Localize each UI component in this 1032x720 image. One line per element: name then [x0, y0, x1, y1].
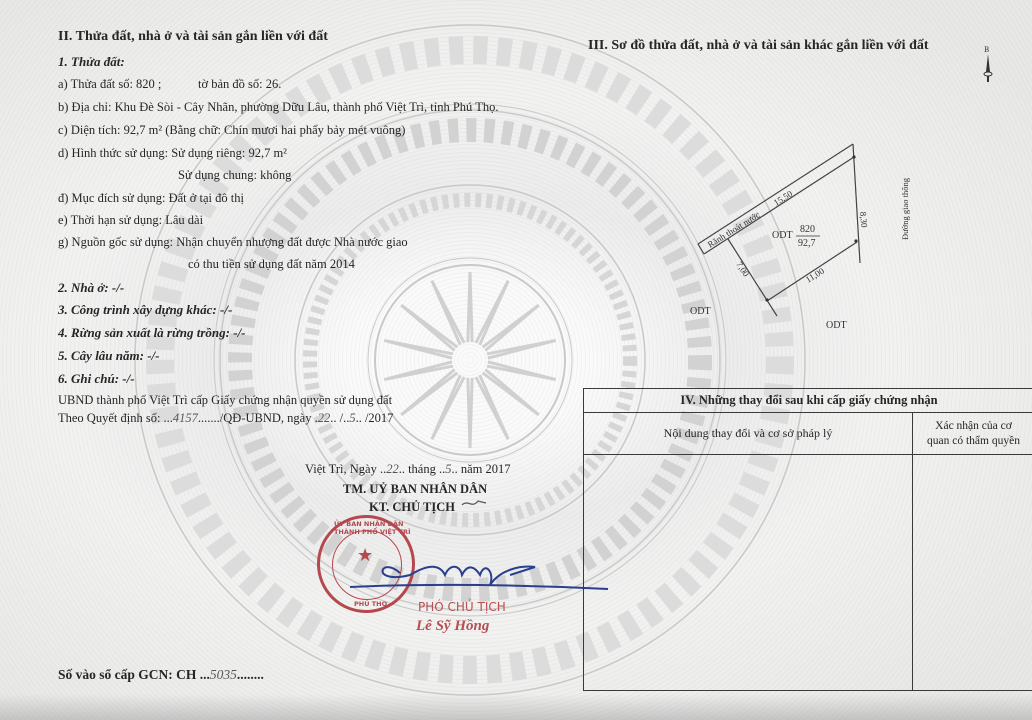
- decision-year: .. /2017: [356, 411, 394, 425]
- col-header-content: Nội dung thay đổi và cơ sở pháp lý: [584, 413, 913, 455]
- usage-term: e) Thời hạn sử dụng: Lâu dài: [58, 213, 203, 228]
- drain-label: Rãnh thoát nước: [706, 210, 762, 250]
- initials-mark: [460, 497, 490, 511]
- stamp-text-top: ỦY BAN NHÂN DÂN THÀNH PHỐ VIỆT TRÌ: [334, 520, 412, 536]
- usage-origin-line2: có thu tiền sử dụng đất năm 2014: [188, 257, 355, 272]
- svg-text:B: B: [984, 46, 989, 54]
- usage-purpose: đ) Mục đích sử dụng: Đất ở tại đô thị: [58, 191, 244, 206]
- parcel-address: b) Địa chỉ: Khu Đè Sòi - Cây Nhãn, phườn…: [58, 100, 498, 115]
- section-3-title: III. Sơ đồ thửa đất, nhà ở và tài sản kh…: [588, 38, 929, 54]
- parcel-diagram: Rãnh thoát nước 15,50 8,30 11,00 7,00 Đư…: [680, 140, 940, 340]
- issuer-line: UBND thành phố Việt Trì cấp Giấy chứng n…: [58, 393, 392, 408]
- parcel-number: a) Thửa đất số: 820 ;: [58, 77, 161, 92]
- page-shadow: [0, 694, 1032, 720]
- parcel-area-label: 92,7: [798, 238, 816, 249]
- usage-form: d) Hình thức sử dụng: Sử dụng riêng: 92,…: [58, 146, 287, 161]
- registry-label: Số vào sổ cấp GCN: CH ...: [58, 667, 210, 682]
- production-forest-item: 4. Rừng sản xuất là rừng trồng: -/-: [58, 325, 246, 341]
- org-line-1: TM. UỶ BAN NHÂN DÂN: [343, 482, 487, 497]
- section-2-title: II. Thửa đất, nhà ở và tài sản gắn liền …: [58, 29, 328, 45]
- edge-top-length: 15,50: [772, 188, 795, 207]
- usage-shared: Sử dụng chung: không: [178, 168, 291, 183]
- usage-origin-line1: g) Nguồn gốc sử dụng: Nhận chuyển nhượng…: [58, 235, 408, 250]
- decision-mid: ......./QĐ-UBND, ngày .: [198, 411, 318, 425]
- decision-line: Theo Quyết định số: ...4157......./QĐ-UB…: [58, 411, 393, 426]
- section-4-title: IV. Những thay đổi sau khi cấp giấy chứn…: [584, 389, 1032, 413]
- signer-title: PHÓ CHỦ TỊCH: [418, 600, 506, 614]
- org-line-2: KT. CHỦ TỊCH: [369, 500, 455, 515]
- handwritten-signature: [350, 545, 610, 605]
- registry-number-line: Số vào sổ cấp GCN: CH ...5035........: [58, 667, 264, 683]
- house-item: 2. Nhà ở: -/-: [58, 280, 124, 296]
- road-label: Đường giao thông: [900, 177, 910, 240]
- perennial-trees-item: 5. Cây lâu năm: -/-: [58, 348, 159, 364]
- parcel-number-label: 820: [800, 224, 815, 235]
- neighbor-left-code: ODT: [690, 306, 711, 317]
- sign-day: 22: [386, 462, 399, 476]
- changes-confirmation-cell: [913, 455, 1032, 691]
- decision-prefix: Theo Quyết định số: ...: [58, 411, 173, 425]
- other-construction-item: 3. Công trình xây dựng khác: -/-: [58, 302, 232, 318]
- decision-sep: .. /..: [330, 411, 349, 425]
- edge-right-length: 8,30: [858, 211, 869, 228]
- neighbor-bottom-code: ODT: [826, 320, 847, 331]
- changes-table: IV. Những thay đổi sau khi cấp giấy chứn…: [583, 388, 1032, 691]
- notes-item: 6. Ghi chú: -/-: [58, 371, 135, 387]
- place-date: Việt Trì, Ngày ..22.. tháng ..5.. năm 20…: [305, 462, 511, 477]
- signer-name: Lê Sỹ Hồng: [416, 618, 489, 635]
- north-arrow-icon: B: [980, 44, 996, 84]
- registry-number: 5035: [210, 667, 237, 682]
- land-heading: 1. Thửa đất:: [58, 54, 125, 70]
- parcel-code: ODT: [772, 230, 793, 241]
- map-sheet-number: tờ bản đồ số: 26.: [198, 77, 281, 92]
- edge-bottom-length: 11,00: [804, 265, 827, 284]
- col-header-confirmation: Xác nhận của cơ quan có thẩm quyền: [913, 413, 1032, 455]
- edge-left-length: 7,00: [734, 260, 751, 279]
- changes-content-cell: [584, 455, 913, 691]
- decision-number: 4157: [173, 411, 198, 425]
- decision-day: 22: [318, 411, 331, 425]
- parcel-area: c) Diện tích: 92,7 m² (Bằng chữ: Chín mư…: [58, 123, 405, 138]
